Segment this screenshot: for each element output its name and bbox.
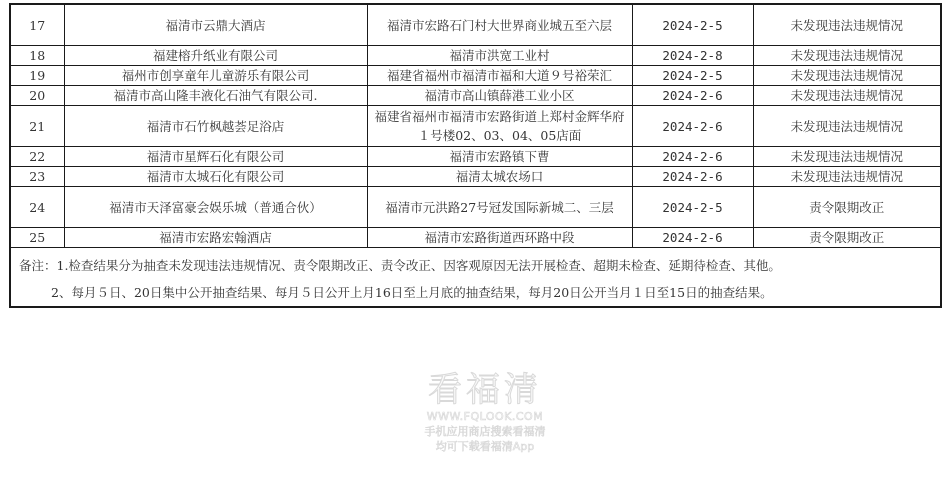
note-line-1: 备注：1.检查结果分为抽查未发现违法违规情况、责令限期改正、责令改正、因客观原因… [19,252,934,279]
inspection-date: 2024-2-5 [632,4,753,46]
entity-address: 福清市宏路镇下曹 [367,147,632,167]
table-row: 18 福建榕升纸业有限公司 福清市洪宽工业村 2024-2-8 未发现违法违规情… [10,46,941,66]
watermark-line-1: 手机应用商店搜索看福清 [395,424,575,439]
row-number: 22 [10,147,64,167]
entity-name: 福清市云鼎大酒店 [64,4,367,46]
row-number: 19 [10,66,64,86]
watermark-line-2: 均可下载看福清App [395,439,575,454]
inspection-result: 责令限期改正 [753,187,941,228]
inspection-result: 未发现违法违规情况 [753,106,941,147]
entity-name: 福清市星辉石化有限公司 [64,147,367,167]
table-row: 25 福清市宏路宏翰酒店 福清市宏路街道西环路中段 2024-2-6 责令限期改… [10,228,941,248]
table-row: 23 福清市太城石化有限公司 福清太城农场口 2024-2-6 未发现违法违规情… [10,167,941,187]
entity-address: 福清太城农场口 [367,167,632,187]
row-number: 18 [10,46,64,66]
row-number: 21 [10,106,64,147]
inspection-date: 2024-2-6 [632,228,753,248]
row-number: 23 [10,167,64,187]
watermark-url: WWW.FQLOOK.COM [395,410,575,424]
entity-name: 福建榕升纸业有限公司 [64,46,367,66]
entity-address: 福建省福州市福清市福和大道９号裕荣汇 [367,66,632,86]
entity-address: 福清市宏路街道西环路中段 [367,228,632,248]
note-line-2: 2、每月５日、20日集中公开抽查结果、每月５日公开上月16日至上月底的抽查结果，… [19,279,934,306]
entity-address: 福清市元洪路27号冠发国际新城二、三层 [367,187,632,228]
table-row: 24 福清市天泽富豪会娱乐城（普通合伙） 福清市元洪路27号冠发国际新城二、三层… [10,187,941,228]
inspection-date: 2024-2-5 [632,66,753,86]
table-row: 19 福州市创享童年儿童游乐有限公司 福建省福州市福清市福和大道９号裕荣汇 20… [10,66,941,86]
table-row: 20 福清市高山隆丰液化石油气有限公司. 福清市高山镇薛港工业小区 2024-2… [10,86,941,106]
inspection-result: 未发现违法违规情况 [753,4,941,46]
inspection-result: 未发现违法违规情况 [753,167,941,187]
entity-name: 福清市天泽富豪会娱乐城（普通合伙） [64,187,367,228]
inspection-result: 责令限期改正 [753,228,941,248]
notes-row: 备注：1.检查结果分为抽查未发现违法违规情况、责令限期改正、责令改正、因客观原因… [10,248,941,308]
table-row: 22 福清市星辉石化有限公司 福清市宏路镇下曹 2024-2-6 未发现违法违规… [10,147,941,167]
inspection-result: 未发现违法违规情况 [753,147,941,167]
fqlook-watermark: 看福清 WWW.FQLOOK.COM 手机应用商店搜索看福清 均可下载看福清Ap… [395,370,575,454]
watermark-logo-text: 看福清 [395,370,575,410]
table-row: 21 福清市石竹枫越荟足浴店 福建省福州市福清市宏路街道上郑村金辉华府１号楼02… [10,106,941,147]
notes-cell: 备注：1.检查结果分为抽查未发现违法违规情况、责令限期改正、责令改正、因客观原因… [10,248,941,308]
entity-address: 福清市洪宽工业村 [367,46,632,66]
row-number: 20 [10,86,64,106]
inspection-result: 未发现违法违规情况 [753,46,941,66]
inspection-results-table: 17 福清市云鼎大酒店 福清市宏路石门村大世界商业城五至六层 2024-2-5 … [9,3,942,308]
inspection-date: 2024-2-6 [632,106,753,147]
row-number: 17 [10,4,64,46]
entity-address: 福建省福州市福清市宏路街道上郑村金辉华府１号楼02、03、04、05店面 [367,106,632,147]
inspection-result: 未发现违法违规情况 [753,86,941,106]
inspection-result: 未发现违法违规情况 [753,66,941,86]
inspection-date: 2024-2-6 [632,86,753,106]
inspection-date: 2024-2-5 [632,187,753,228]
entity-name: 福清市石竹枫越荟足浴店 [64,106,367,147]
inspection-date: 2024-2-6 [632,147,753,167]
row-number: 24 [10,187,64,228]
inspection-date: 2024-2-6 [632,167,753,187]
entity-name: 福清市宏路宏翰酒店 [64,228,367,248]
inspection-date: 2024-2-8 [632,46,753,66]
entity-name: 福清市高山隆丰液化石油气有限公司. [64,86,367,106]
entity-address: 福清市高山镇薛港工业小区 [367,86,632,106]
row-number: 25 [10,228,64,248]
entity-name: 福州市创享童年儿童游乐有限公司 [64,66,367,86]
entity-name: 福清市太城石化有限公司 [64,167,367,187]
table-row: 17 福清市云鼎大酒店 福清市宏路石门村大世界商业城五至六层 2024-2-5 … [10,4,941,46]
inspection-results-sheet: 17 福清市云鼎大酒店 福清市宏路石门村大世界商业城五至六层 2024-2-5 … [9,3,940,308]
entity-address: 福清市宏路石门村大世界商业城五至六层 [367,4,632,46]
